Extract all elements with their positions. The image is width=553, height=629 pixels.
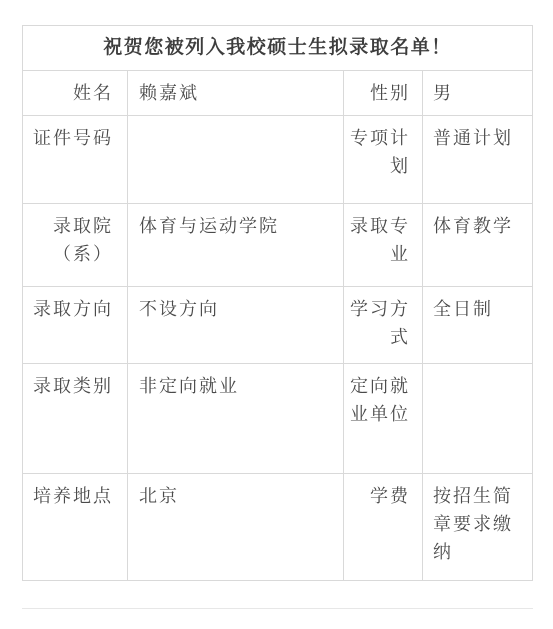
tuition-value: 按招生简章要求缴纳 (423, 474, 533, 581)
table-title: 祝贺您被列入我校硕士生拟录取名单！ (23, 26, 533, 71)
id-number-value (128, 116, 344, 204)
name-value: 赖嘉斌 (128, 71, 344, 116)
table-row: 录取类别 非定向就业 定向就业单位 (23, 364, 533, 474)
college-value: 体育与运动学院 (128, 204, 344, 287)
employer-label: 定向就业单位 (344, 364, 423, 474)
category-value: 非定向就业 (128, 364, 344, 474)
category-label: 录取类别 (23, 364, 128, 474)
study-mode-label: 学习方式 (344, 287, 423, 364)
training-location-value: 北京 (128, 474, 344, 581)
title-row: 祝贺您被列入我校硕士生拟录取名单！ (23, 26, 533, 71)
direction-label: 录取方向 (23, 287, 128, 364)
table-row: 证件号码 专项计划 普通计划 (23, 116, 533, 204)
college-label: 录取院（系） (23, 204, 128, 287)
table-row: 录取方向 不设方向 学习方式 全日制 (23, 287, 533, 364)
special-plan-value: 普通计划 (423, 116, 533, 204)
study-mode-value: 全日制 (423, 287, 533, 364)
tuition-label: 学费 (344, 474, 423, 581)
gender-value: 男 (423, 71, 533, 116)
table-row: 录取院（系） 体育与运动学院 录取专业 体育教学 (23, 204, 533, 287)
name-label: 姓名 (23, 71, 128, 116)
training-location-label: 培养地点 (23, 474, 128, 581)
table-row: 姓名 赖嘉斌 性别 男 (23, 71, 533, 116)
admission-table: 祝贺您被列入我校硕士生拟录取名单！ 姓名 赖嘉斌 性别 男 证件号码 专项计划 … (22, 25, 533, 581)
direction-value: 不设方向 (128, 287, 344, 364)
bottom-divider (22, 608, 533, 609)
major-value: 体育教学 (423, 204, 533, 287)
table-row: 培养地点 北京 学费 按招生简章要求缴纳 (23, 474, 533, 581)
special-plan-label: 专项计划 (344, 116, 423, 204)
gender-label: 性别 (344, 71, 423, 116)
id-number-label: 证件号码 (23, 116, 128, 204)
major-label: 录取专业 (344, 204, 423, 287)
employer-value (423, 364, 533, 474)
